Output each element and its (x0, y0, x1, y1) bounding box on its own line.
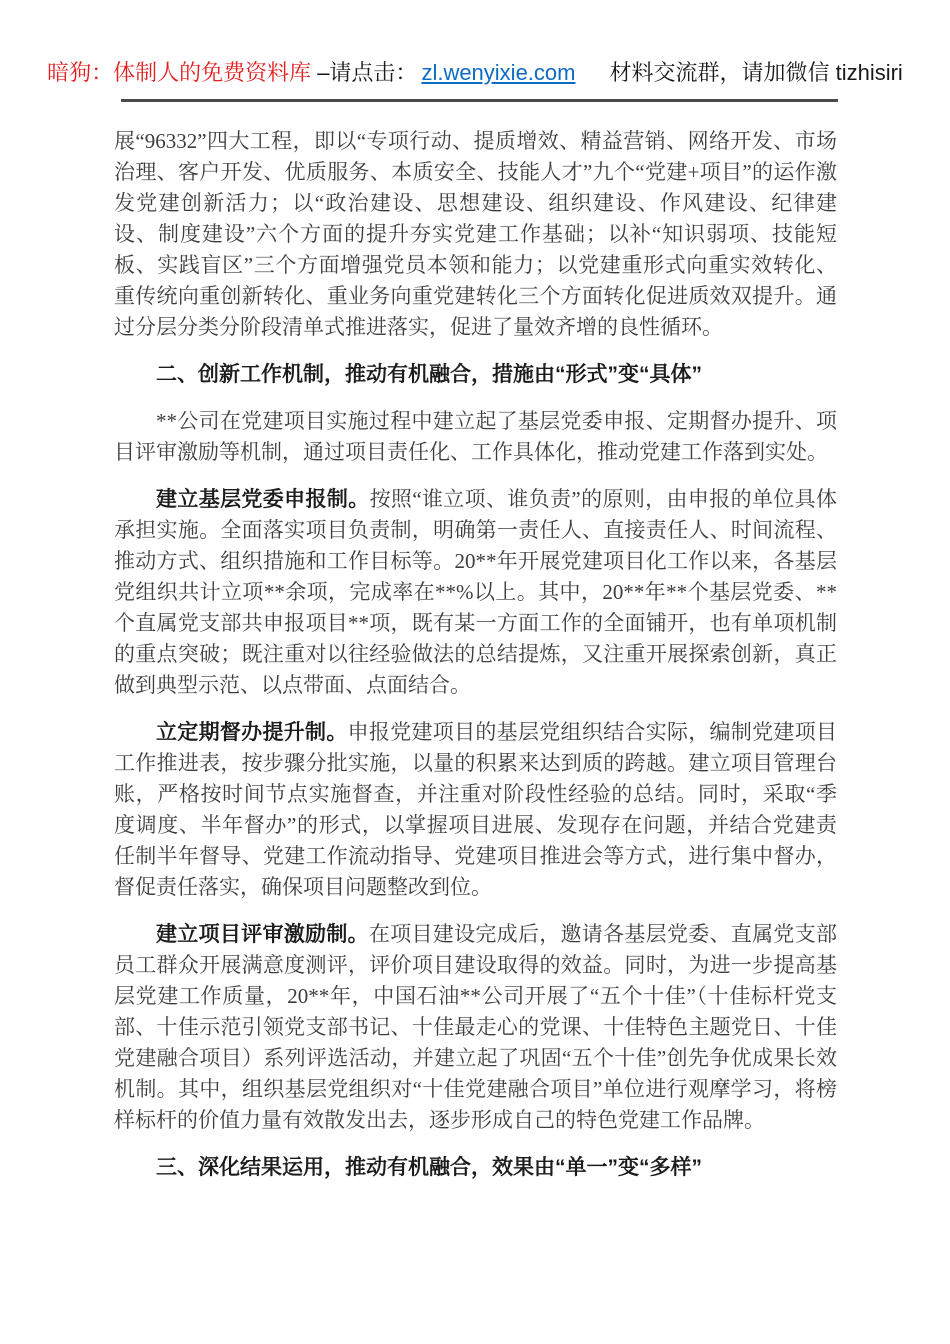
body-paragraph-lead-review: 建立项目评审激励制。在项目建设完成后，邀请各基层党委、直属党支部员工群众开展满意… (114, 919, 837, 1136)
body-paragraph-lead-supervise: 立定期督办提升制。申报党建项目的基层党组织结合实际，编制党建项目工作推进表，按步… (114, 717, 837, 903)
paragraph-lead: 建立项目评审激励制。 (156, 923, 369, 946)
body-paragraph-lead-declare: 建立基层党委申报制。按照“谁立项、谁负责”的原则，由申报的单位具体承担实施。全面… (114, 484, 837, 701)
paragraph-text: 在项目建设完成后，邀请各基层党委、直属党支部员工群众开展满意度测评，评价项目建设… (114, 922, 837, 1132)
header-prompt: –请点击： (317, 60, 417, 85)
section-heading-3: 三、深化结果运用，推动有机融合，效果由“单一”变“多样” (114, 1152, 837, 1183)
header-suffix: 材料交流群，请加微信 tizhisiri (609, 60, 902, 85)
brand-text: 暗狗：体制人的免费资料库 (47, 60, 311, 85)
paragraph-text: 申报党建项目的基层党组织结合实际，编制党建项目工作推进表，按步骤分批实施，以量的… (114, 720, 837, 899)
paragraph-text: 按照“谁立项、谁负责”的原则，由申报的单位具体承担实施。全面落实项目负责制，明确… (114, 487, 837, 697)
document-body: 展“96332”四大工程，即以“专项行动、提质增效、精益营销、网络开发、市场治理… (114, 102, 837, 1183)
paragraph-lead: 建立基层党委申报制。 (156, 488, 370, 511)
paragraph-lead: 立定期督办提升制。 (156, 721, 348, 744)
section-heading-2: 二、创新工作机制，推动有机融合，措施由“形式”变“具体” (114, 359, 837, 390)
page-header: 暗狗：体制人的免费资料库–请点击：zl.wenyixie.com材料交流群，请加… (0, 0, 950, 88)
body-paragraph-continuation: 展“96332”四大工程，即以“专项行动、提质增效、精益营销、网络开发、市场治理… (114, 126, 837, 343)
body-paragraph: **公司在党建项目实施过程中建立起了基层党委申报、定期督办提升、项目评审激励等机… (114, 406, 837, 468)
header-link[interactable]: zl.wenyixie.com (421, 60, 575, 85)
